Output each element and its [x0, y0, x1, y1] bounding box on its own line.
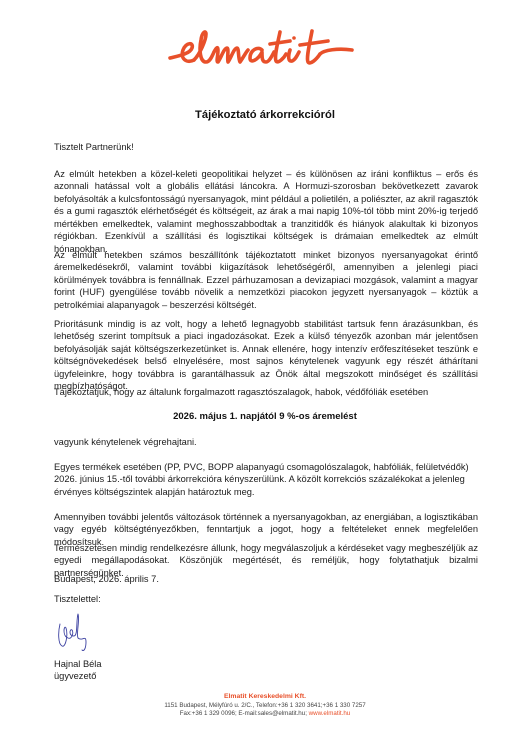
place-date: Budapest, 2026. április 7.	[54, 573, 478, 585]
footer-contact: Fax:+36 1 329 0096; E-mail:sales@elmatit…	[0, 710, 530, 719]
footer-company: Elmatit Kereskedelmi Kft.	[0, 693, 530, 702]
paragraph-suppliers: Az elmúlt hetekben számos beszállítónk t…	[54, 249, 478, 311]
footer-website-link[interactable]: www.elmatit.hu	[309, 710, 351, 717]
letter-page: Tájékoztató árkorrekcióról Tisztelt Part…	[0, 0, 530, 750]
paragraph-priorities: Prioritásunk mindig is az volt, hogy a l…	[54, 318, 478, 393]
signer-title: ügyvezető	[54, 670, 478, 682]
after-highlight-line: vagyunk kénytelenek végrehajtani.	[54, 436, 478, 448]
paragraph-products: Egyes termékek esetében (PP, PVC, BOPP a…	[54, 461, 478, 498]
intro-line: Tájékoztatjuk, hogy az általunk forgalma…	[54, 386, 478, 398]
signer-name: Hajnal Béla	[54, 658, 478, 670]
price-increase-highlight: 2026. május 1. napjától 9 %-os áremelést	[0, 411, 530, 422]
footer-address: 1151 Budapest, Mélyfúró u. 2/C., Telefon…	[0, 702, 530, 711]
footer-fax-email: Fax:+36 1 329 0096; E-mail:sales@elmatit…	[180, 710, 309, 717]
footer: Elmatit Kereskedelmi Kft. 1151 Budapest,…	[0, 693, 530, 719]
regards: Tisztelettel:	[54, 593, 478, 605]
paragraph-geopolitics: Az elmúlt hetekben a közel-keleti geopol…	[54, 168, 478, 255]
salutation: Tisztelt Partnerünk!	[54, 141, 478, 153]
letter-title: Tájékoztató árkorrekcióról	[0, 109, 530, 121]
handwritten-signature-icon	[56, 612, 92, 652]
elmatit-logo-icon	[168, 28, 356, 72]
